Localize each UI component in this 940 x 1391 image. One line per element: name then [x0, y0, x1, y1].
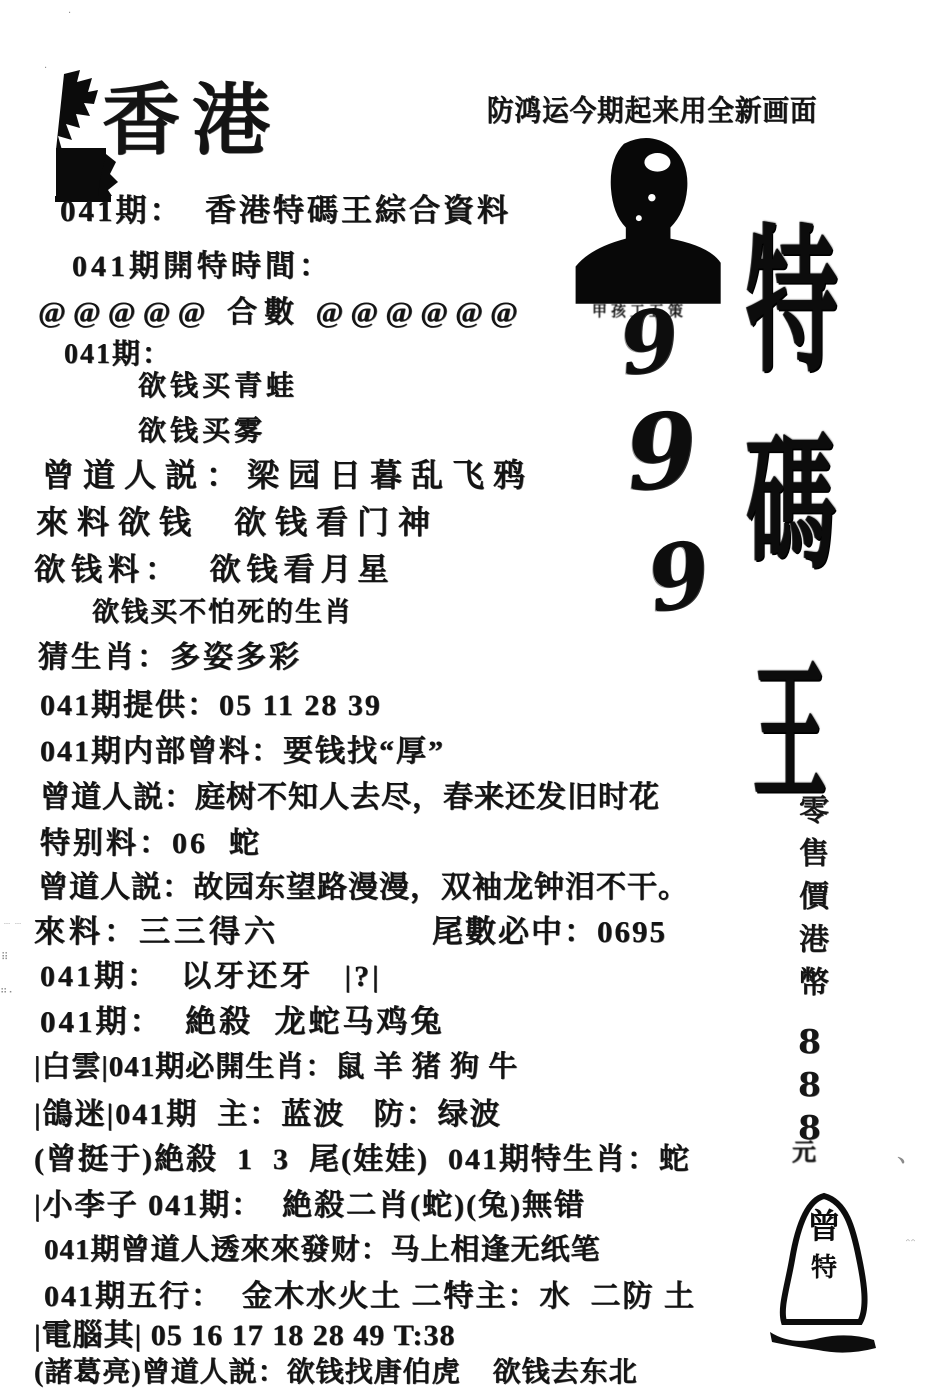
line-zengdaoren-2: 曾道人説：庭树不知人去尽，春来还发旧时花: [40, 781, 660, 814]
region-label: 香港: [102, 78, 282, 164]
price-digits: 888: [790, 1022, 829, 1142]
price-suffix: 元: [792, 1140, 816, 1166]
scan-noise: ·: [68, 8, 72, 19]
line-lailiao-yuqian: 來料欲钱 欲钱看门神: [36, 505, 439, 540]
line-xiaolizi: |小李子 041期： 絶殺二肖(蛇)(兔)無错: [34, 1189, 586, 1222]
scan-noise: .: [44, 60, 48, 71]
line-tigong: 041期提供：05 11 28 39: [40, 689, 382, 722]
zeng-seal: 曾 特: [762, 1190, 887, 1355]
line-tebie-liao: 特别料：06 蛇: [40, 827, 262, 860]
masthead-char-ma: 碼: [746, 386, 830, 597]
line-neibu-zengliao: 041期内部曾料：要钱找“厚”: [40, 735, 445, 768]
scan-noise: ᵔᵔ: [906, 1238, 916, 1249]
scan-noise: ﹅: [896, 1152, 907, 1167]
line-tip-fearless: 欲钱买不怕死的生肖: [92, 598, 353, 628]
line-tip-frog: 欲钱买青蛙: [138, 372, 298, 403]
line-yuqian-liao: 欲钱料： 欲钱看月星: [34, 553, 395, 587]
scanned-tip-sheet: { "paper_color": "#ffffff", "ink_color":…: [0, 0, 940, 1391]
line-lailiao: 來料：三三得六: [34, 915, 279, 949]
line-wuxing: 041期五行： 金木水火土 二特主：水 二防 土: [44, 1280, 696, 1313]
line-gemi: |鴿迷|041期 主：蓝波 防：绿波: [34, 1098, 502, 1131]
line-juesha: 041期： 絶殺 龙蛇马鸡兔: [40, 1005, 445, 1039]
scan-noise: ﹍﹍: [2, 912, 24, 927]
scan-noise: ⠛⠂: [0, 988, 17, 999]
nine-glyph-2: 9: [621, 389, 702, 515]
masthead-char-te: 特: [746, 176, 830, 403]
line-zhugeliang: (諸葛亮)曾道人説：欲钱找唐伯虎 欲钱去东北: [34, 1358, 638, 1389]
line-weishu-bizhong: 尾數必中：0695: [432, 915, 667, 949]
line-diannao: |電腦其| 05 16 17 18 28 49 T:38: [34, 1319, 456, 1352]
line-cai-shengxiao: 猜生肖：多姿多彩: [38, 641, 302, 674]
line-tip-fog: 欲钱买雾: [138, 417, 266, 448]
line-toulai-facai: 041期曾道人透來來發财：马上相逢无纸笔: [44, 1235, 601, 1267]
scan-noise: ⠿: [1, 952, 9, 963]
line-draw-time: 041期開特時間：: [72, 250, 333, 283]
line-zengdaoren-1: 曾道人説：梁园日暮乱飞鸦: [42, 458, 534, 493]
seal-sub-char: 特: [811, 1253, 837, 1282]
line-hesu-row: @@@@@ 合數 @@@@@@: [38, 296, 525, 329]
line-yiya-huanya: 041期： 以牙还牙 |?|: [40, 960, 382, 993]
line-zengtingyu: (曾挺于)絶殺 1 3 尾(娃娃) 041期特生肖：蛇: [34, 1143, 691, 1176]
line-issue-title: 041期： 香港特碼王綜合資料: [60, 194, 511, 228]
line-baiyun: |白雲|041期必開生肖：鼠 羊 猪 狗 牛: [34, 1052, 518, 1084]
portrait-photo: [557, 136, 743, 304]
seal-char: 曾: [807, 1208, 841, 1246]
price-label: 零售價港幣: [788, 794, 832, 1024]
nine-glyph-3: 9: [639, 519, 717, 632]
slogan: 防鸿运今期起来用全新画面: [487, 96, 817, 128]
line-issue-041: 041期：: [64, 340, 172, 371]
line-zengdaoren-3: 曾道人説：故园东望路漫漫，双袖龙钟泪不干。: [38, 871, 689, 904]
